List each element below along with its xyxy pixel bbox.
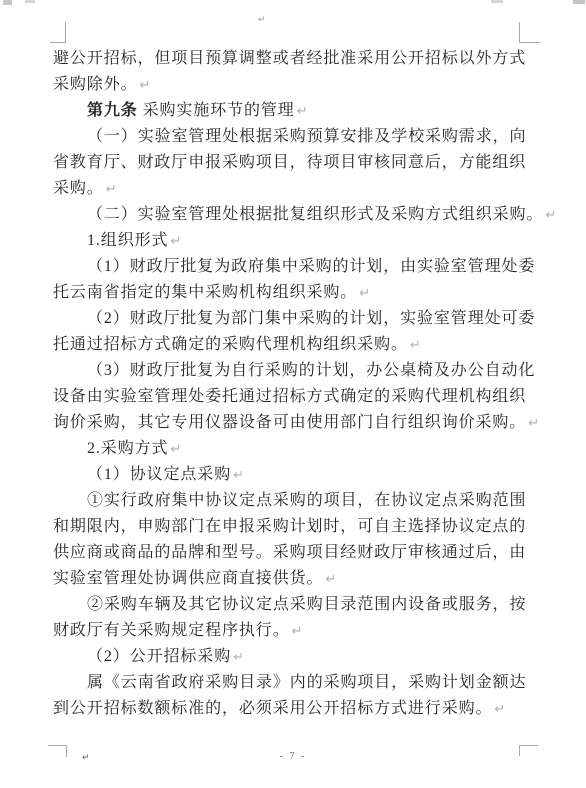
bold-heading-run: 第九条 — [87, 102, 138, 119]
document-page: { "page": { "number_label": "- 7 -", "he… — [0, 0, 586, 788]
text-line: ②采购车辆及其它协议定点采购目录范围内设备或服务，按 — [53, 592, 527, 618]
text-line: （2）财政厅批复为部门集中采购的计划，实验室管理处可委 — [53, 306, 527, 332]
paragraph-mark-icon: ↵ — [325, 572, 336, 587]
paragraph-mark-icon: ↵ — [233, 468, 244, 483]
top-edge-fragment — [25, 0, 35, 3]
header-paragraph-mark: ↵ — [258, 15, 266, 25]
text-line: （1）协议定点采购↵ — [53, 462, 527, 488]
text-line: （3）财政厅批复为自行采购的计划，办公桌椅及办公自动化 — [53, 358, 527, 384]
paragraph-mark-icon: ↵ — [494, 702, 505, 717]
top-edge-fragment — [573, 0, 585, 4]
text-line: 托云南省指定的集中采购机构组织采购。↵ — [53, 280, 527, 306]
crop-mark-top-right — [519, 22, 540, 43]
text-line: （2）公开招标采购↵ — [53, 644, 527, 670]
text-line: 托通过招标方式确定的采购代理机构组织采购。↵ — [53, 332, 527, 358]
text-line: 2.采购方式↵ — [53, 436, 527, 462]
text-line: 1.组织形式↵ — [53, 228, 527, 254]
paragraph-mark-icon: ↵ — [359, 286, 370, 301]
top-edge-fragment — [3, 0, 12, 5]
paragraph-mark-icon: ↵ — [410, 338, 421, 353]
paragraph-mark-icon: ↵ — [140, 78, 151, 93]
text-block: 避公开招标，但项目预算调整或者经批准采用公开招标以外方式采购除外。↵第九条 采购… — [53, 46, 527, 722]
text-line: 属《云南省政府采购目录》内的采购项目，采购计划金额达 — [53, 670, 527, 696]
text-line: 采购。↵ — [53, 176, 527, 202]
paragraph-mark-icon: ↵ — [528, 416, 539, 431]
text-line: （二）实验室管理处根据批复组织形式及采购方式组织采购。↵ — [53, 202, 527, 228]
top-edge-fragment — [491, 0, 503, 3]
text-line: 和期限内，申购部门在申报采购计划时，可自主选择协议定点的 — [53, 514, 527, 540]
text-line: 供应商或商品的品牌和型号。采购项目经财政厅审核通过后，由 — [53, 540, 527, 566]
paragraph-mark-icon: ↵ — [170, 442, 181, 457]
paragraph-mark-icon: ↵ — [170, 234, 181, 249]
text-line: 设备由实验室管理处委托通过招标方式确定的采购代理机构组织 — [53, 384, 527, 410]
paragraph-mark-icon: ↵ — [106, 182, 117, 197]
text-line: 避公开招标，但项目预算调整或者经批准采用公开招标以外方式 — [53, 46, 527, 72]
text-line: 实验室管理处协调供应商直接供货。↵ — [53, 566, 527, 592]
text-line: 询价采购，其它专用仪器设备可由使用部门自行组织询价采购。↵ — [53, 410, 527, 436]
text-line: 财政厅有关采购规定程序执行。↵ — [53, 618, 527, 644]
text-line: 省教育厅、财政厅申报采购项目，待项目审核同意后，方能组织 — [53, 150, 527, 176]
text-line: 第九条 采购实施环节的管理↵ — [53, 98, 527, 124]
text-line: 采购除外。↵ — [53, 72, 527, 98]
text-line: （一）实验室管理处根据采购预算安排及学校采购需求，向 — [53, 124, 527, 150]
paragraph-mark-icon: ↵ — [545, 208, 556, 223]
text-line: （1）财政厅批复为政府集中采购的计划，由实验室管理处委 — [53, 254, 527, 280]
paragraph-mark-icon: ↵ — [292, 624, 303, 639]
page-number: - 7 - — [0, 751, 586, 762]
text-line: 到公开招标数额标准的，必须采用公开招标方式进行采购。↵ — [53, 696, 527, 722]
crop-mark-top-left — [50, 22, 66, 43]
paragraph-mark-icon: ↵ — [233, 650, 244, 665]
paragraph-mark-icon: ↵ — [297, 104, 308, 119]
text-line: ①实行政府集中协议定点采购的项目，在协议定点采购范围 — [53, 488, 527, 514]
